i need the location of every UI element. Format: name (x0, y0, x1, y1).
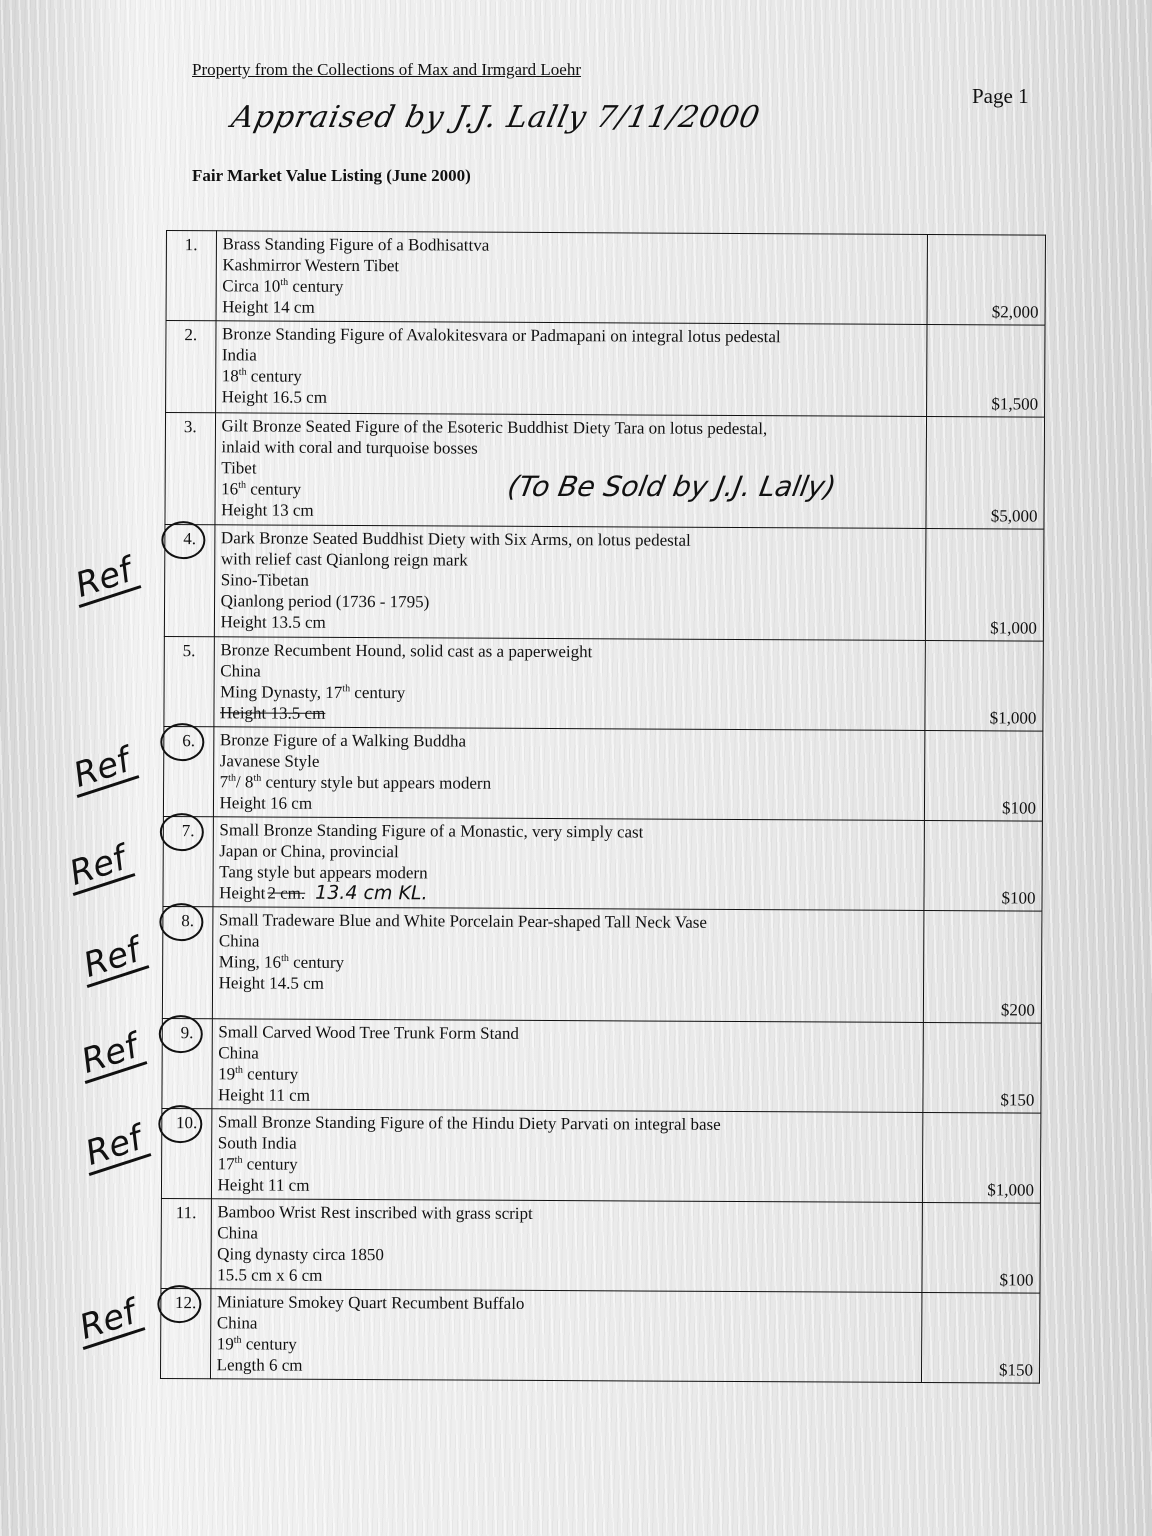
handwritten-circle-mark (160, 723, 204, 761)
handwritten-note-sold-by-lally: (To Be Sold by J.J. Lally) (505, 470, 838, 503)
description-line: Height2 cm.13.4 cm KL. (219, 882, 917, 907)
description-line: Circa 10th century (222, 275, 920, 300)
item-number: 12. (160, 1288, 210, 1378)
description-line: Height 11 cm (218, 1084, 916, 1109)
item-number-label: 1. (185, 235, 198, 254)
table-row: 4.Dark Bronze Seated Buddhist Diety with… (164, 524, 1044, 641)
item-description: Small Bronze Standing Figure of the Hind… (211, 1109, 923, 1203)
margin-ref-note: Ref (76, 931, 149, 988)
description-line: Height 16 cm (220, 792, 918, 817)
item-description: Bamboo Wrist Rest inscribed with grass s… (211, 1199, 923, 1293)
item-number: 1. (166, 231, 216, 321)
table-row: 10.Small Bronze Standing Figure of the H… (161, 1108, 1040, 1203)
item-description: Bronze Standing Figure of Avalokitesvara… (215, 321, 927, 417)
description-line: Length 6 cm (217, 1354, 915, 1379)
item-value: $200 (923, 910, 1042, 1023)
description-line: Bronze Standing Figure of Avalokitesvara… (222, 323, 920, 348)
item-number: 10. (161, 1108, 211, 1198)
struck-height: 2 cm. (267, 884, 305, 903)
item-number: 8. (162, 906, 212, 1018)
table-row: 9.Small Carved Wood Tree Trunk Form Stan… (162, 1018, 1041, 1113)
description-line: Height 14.5 cm (219, 972, 917, 997)
table-row: 8.Small Tradeware Blue and White Porcela… (162, 906, 1042, 1023)
description-line: Height 13.5 cm (220, 702, 918, 727)
margin-ref-note: Ref (78, 1119, 151, 1176)
table-row: 7.Small Bronze Standing Figure of a Mona… (163, 816, 1042, 911)
item-description: Small Tradeware Blue and White Porcelain… (212, 907, 924, 1023)
item-description: Dark Bronze Seated Buddhist Diety with S… (214, 525, 926, 641)
description-line: Height 13.5 cm (220, 611, 918, 636)
item-description: Miniature Smokey Quart Recumbent Buffalo… (210, 1289, 922, 1383)
item-number: 11. (161, 1198, 211, 1288)
item-number-label: 11. (176, 1203, 197, 1222)
description-line: Bronze Figure of a Walking Buddha (220, 729, 918, 754)
item-number: 3. (165, 413, 215, 525)
item-value: $100 (924, 730, 1043, 821)
description-line: Height 11 cm (218, 1174, 916, 1199)
item-number: 2. (166, 321, 216, 413)
description-line: Small Bronze Standing Figure of the Hind… (218, 1111, 916, 1136)
item-value: $150 (923, 1022, 1042, 1113)
item-description: Small Bronze Standing Figure of a Monast… (213, 817, 925, 911)
table-row: 12.Miniature Smokey Quart Recumbent Buff… (160, 1288, 1039, 1383)
item-value: $1,000 (925, 528, 1044, 641)
item-description: Small Carved Wood Tree Trunk Form StandC… (211, 1019, 923, 1113)
handwritten-appraisal: Appraised by J.J. Lally 7/11/2000 (228, 100, 763, 135)
item-value: $100 (922, 1202, 1041, 1293)
handwritten-circle-mark (161, 521, 205, 559)
margin-ref-note: Ref (68, 551, 141, 608)
description-line: Bronze Recumbent Hound, solid cast as a … (220, 639, 918, 664)
item-number: 5. (164, 636, 214, 726)
description-line: Small Carved Wood Tree Trunk Form Stand (218, 1021, 916, 1046)
description-line: inlaid with coral and turquoise bosses (221, 436, 919, 461)
description-line: Height 16.5 cm (222, 386, 920, 411)
item-number: 6. (163, 726, 213, 816)
item-number: 4. (164, 524, 214, 636)
description-line: Height 14 cm (222, 296, 920, 321)
handwritten-height-correction: 13.4 cm KL. (315, 882, 428, 905)
margin-ref-note: Ref (66, 741, 139, 798)
description-line: 7th/ 8th century style but appears moder… (220, 771, 918, 796)
item-number-label: 3. (184, 417, 197, 436)
table-row: 6.Bronze Figure of a Walking BuddhaJavan… (163, 726, 1042, 821)
handwritten-circle-mark (159, 903, 203, 941)
handwritten-circle-mark (158, 1105, 202, 1143)
margin-ref-note: Ref (74, 1027, 147, 1084)
item-value: $1,500 (926, 324, 1045, 417)
description-line: 15.5 cm x 6 cm (217, 1264, 915, 1289)
item-number-label: 2. (184, 325, 197, 344)
handwritten-circle-mark (157, 1285, 201, 1323)
item-value: $5,000 (926, 416, 1045, 529)
table-row: 5.Bronze Recumbent Hound, solid cast as … (164, 636, 1043, 731)
description-line: Bamboo Wrist Rest inscribed with grass s… (217, 1201, 915, 1226)
item-value: $1,000 (925, 640, 1044, 731)
margin-ref-note: Ref (72, 1293, 145, 1350)
item-number-label: 5. (183, 641, 196, 660)
handwritten-circle-mark (159, 1015, 203, 1053)
collection-title: Property from the Collections of Max and… (192, 60, 581, 80)
table-row: 2.Bronze Standing Figure of Avalokitesva… (166, 321, 1045, 418)
description-line: Small Tradeware Blue and White Porcelain… (219, 909, 917, 934)
item-description: Brass Standing Figure of a BodhisattvaKa… (216, 231, 928, 325)
fair-market-value-table: 1.Brass Standing Figure of a Bodhisattva… (160, 230, 1046, 1384)
listing-subtitle: Fair Market Value Listing (June 2000) (192, 166, 471, 186)
item-number: 7. (163, 816, 213, 906)
margin-ref-note: Ref (62, 839, 135, 896)
item-description: Bronze Recumbent Hound, solid cast as a … (213, 637, 925, 731)
description-line: with relief cast Qianlong reign mark (221, 548, 919, 573)
description-line: Miniature Smokey Quart Recumbent Buffalo (217, 1291, 915, 1316)
table-row: 11.Bamboo Wrist Rest inscribed with gras… (161, 1198, 1040, 1293)
item-value: $100 (924, 820, 1043, 911)
page-number: Page 1 (972, 84, 1029, 109)
handwritten-circle-mark (160, 813, 204, 851)
item-value: $1,000 (922, 1112, 1041, 1203)
table-row: 1.Brass Standing Figure of a Bodhisattva… (166, 231, 1045, 326)
item-description: Bronze Figure of a Walking BuddhaJavanes… (213, 727, 925, 821)
item-value: $150 (921, 1292, 1040, 1383)
item-number: 9. (162, 1018, 212, 1108)
item-value: $2,000 (927, 234, 1046, 325)
